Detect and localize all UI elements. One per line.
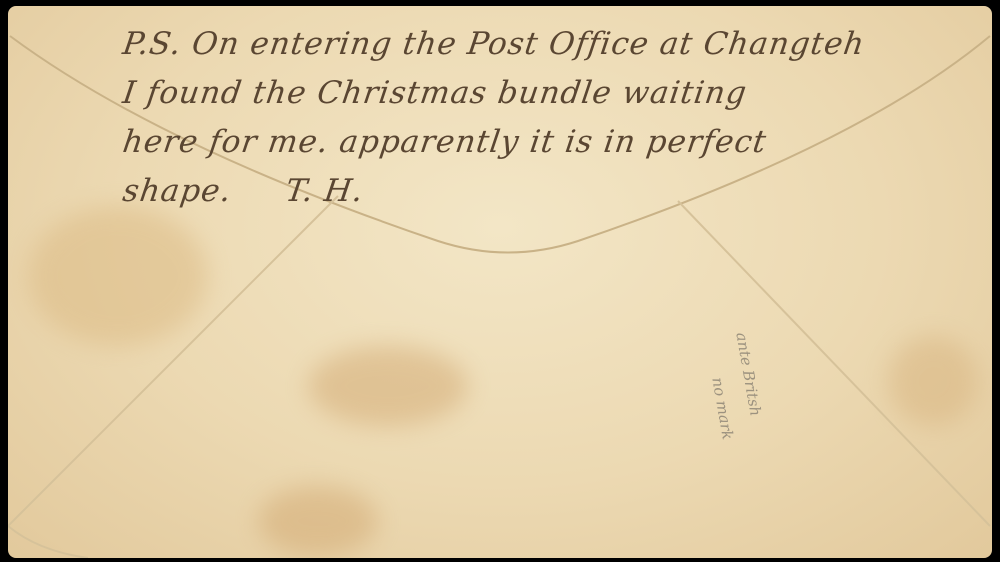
pencil-line: ante Britsh xyxy=(732,331,764,417)
handwritten-postscript: P.S. On entering the Post Office at Chan… xyxy=(123,20,903,216)
pencil-line: no mark xyxy=(708,376,737,441)
envelope-back: P.S. On entering the Post Office at Chan… xyxy=(8,6,992,558)
pencil-annotation: ante Britsh no mark xyxy=(698,326,798,526)
handwriting-line: I found the Christmas bundle waiting xyxy=(120,69,907,118)
handwriting-line: shape. T. H. xyxy=(120,167,907,216)
handwriting-line: P.S. On entering the Post Office at Chan… xyxy=(120,20,907,69)
handwriting-line: here for me. apparently it is in perfect xyxy=(120,118,907,167)
